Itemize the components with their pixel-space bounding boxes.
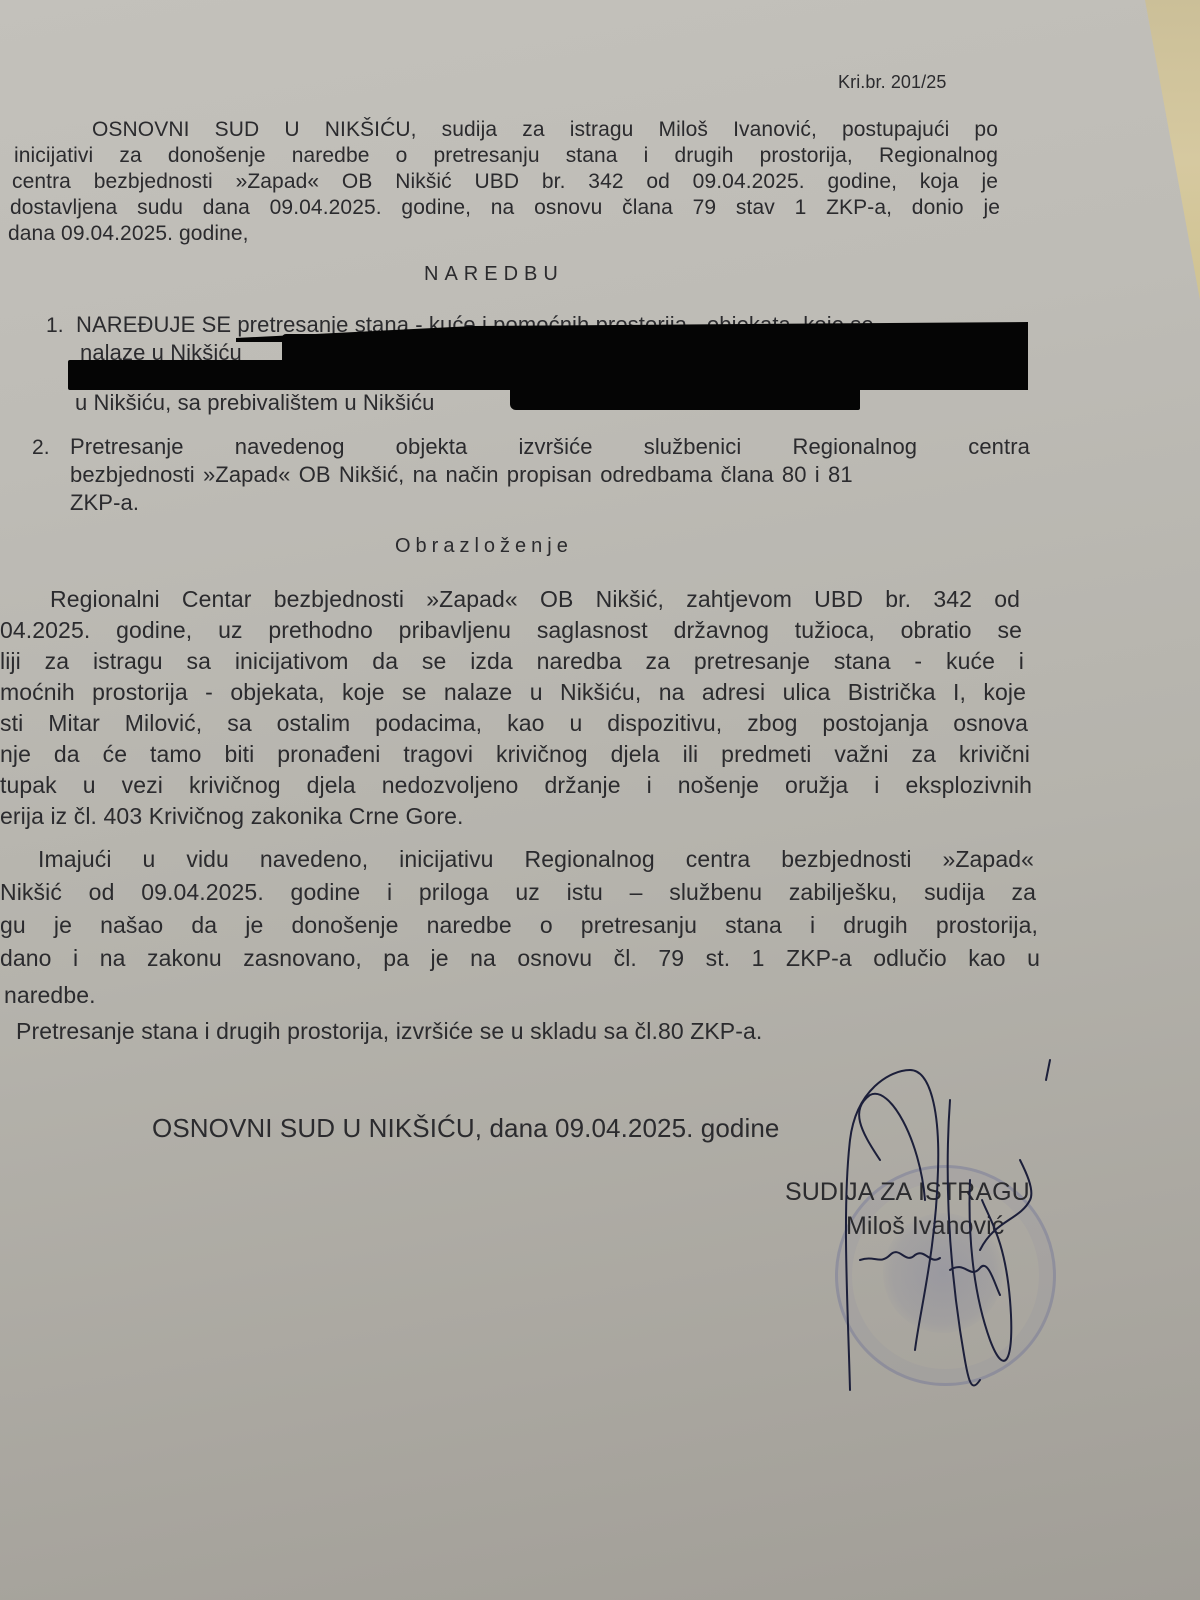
reasoning-title: Obrazloženje — [395, 535, 573, 558]
intro-line: dana 09.04.2025. godine, — [8, 222, 249, 246]
redaction-bar — [510, 386, 860, 410]
reasoning-line: 04.2025. godine, uz prethodno pribavljen… — [0, 617, 1022, 644]
reasoning-line: nje da će tamo biti pronađeni tragovi kr… — [0, 741, 1030, 768]
item-1-line: u Nikšiću, sa prebivalištem u Nikšiću — [75, 390, 434, 416]
reasoning-line: dano i na zakonu zasnovano, pa je na osn… — [0, 945, 1040, 972]
reasoning-line: sti Mitar Milović, sa ostalim podacima, … — [0, 710, 1028, 737]
reasoning-line: moćnih prostorija - objekata, koje se na… — [0, 679, 1026, 706]
case-number: Kri.br. 201/25 — [838, 72, 946, 93]
item-2-line: bezbjednosti »Zapad« OB Nikšić, na način… — [70, 462, 853, 488]
closing-line: OSNOVNI SUD U NIKŠIĆU, dana 09.04.2025. … — [152, 1113, 779, 1144]
reasoning-line: Regionalni Centar bezbjednosti »Zapad« O… — [50, 586, 1020, 613]
reasoning-line: erija iz čl. 403 Krivičnog zakonika Crne… — [0, 803, 464, 830]
intro-line: OSNOVNI SUD U NIKŠIĆU, sudija za istragu… — [92, 118, 998, 142]
reasoning-line: liji za istragu sa inicijativom da se iz… — [0, 648, 1024, 675]
reasoning-line: naredbe. — [4, 982, 96, 1009]
reasoning-line: gu je našao da je donošenje naredbe o pr… — [0, 912, 1038, 939]
item-2-line: ZKP-a. — [70, 490, 139, 516]
document-page: Kri.br. 201/25 OSNOVNI SUD U NIKŠIĆU, su… — [0, 0, 1200, 1600]
item-number: 2. — [32, 436, 50, 460]
intro-line: dostavljena sudu dana 09.04.2025. godine… — [10, 196, 1000, 220]
handwritten-signature — [820, 1050, 1080, 1430]
item-2-line: Pretresanje navedenog objekta izvršiće s… — [70, 434, 1030, 460]
reasoning-line: Nikšić od 09.04.2025. godine i priloga u… — [0, 879, 1036, 906]
item-number: 1. — [46, 314, 64, 338]
document-title: NAREDBU — [424, 263, 564, 286]
intro-line: inicijativi za donošenje naredbe o pretr… — [14, 144, 998, 168]
reasoning-line: tupak u vezi krivičnog djela nedozvoljen… — [0, 772, 1032, 799]
reasoning-line: Pretresanje stana i drugih prostorija, i… — [16, 1018, 762, 1045]
reasoning-line: Imajući u vidu navedeno, inicijativu Reg… — [38, 846, 1034, 873]
intro-line: centra bezbjednosti »Zapad« OB Nikšić UB… — [12, 170, 998, 194]
